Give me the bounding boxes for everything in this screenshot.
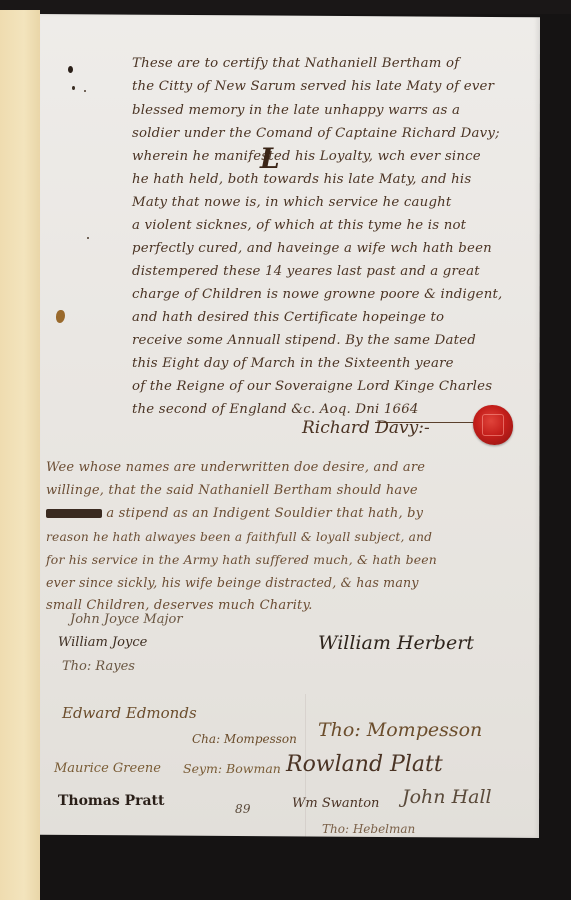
- signature-richard-davy: Richard Davy:-: [302, 418, 430, 438]
- wax-seal: [473, 405, 513, 445]
- signatory: William Herbert: [318, 632, 474, 654]
- stain: [56, 310, 65, 323]
- certificate-line: blessed memory in the late unhappy warrs…: [132, 101, 460, 121]
- signatory: Rowland Platt: [286, 752, 443, 777]
- ink-blot: [72, 86, 75, 90]
- certificate-line: These are to certify that Nathaniell Ber…: [132, 54, 459, 74]
- certificate-line: of the Reigne of our Soveraigne Lord Kin…: [132, 377, 492, 397]
- document-viewer: These are to certify that Nathaniell Ber…: [0, 0, 571, 900]
- certificate-line: wherein he manifested his Loyalty, wch e…: [132, 147, 481, 167]
- ink-blot: [87, 237, 89, 239]
- signatory: Tho: Hebelman: [322, 822, 415, 836]
- page-number: 89: [235, 802, 251, 816]
- signatory: John Joyce Major: [70, 612, 183, 627]
- signatory: Tho: Gardiner: [190, 856, 275, 870]
- paper-fold: [305, 694, 306, 864]
- signatory: John Hall: [402, 786, 492, 808]
- certificate-line: distempered these 14 yeares last past an…: [132, 262, 480, 282]
- petition-line: Wee whose names are underwritten doe des…: [46, 458, 425, 478]
- certificate-line: perfectly cured, and haveinge a wife wch…: [132, 239, 492, 259]
- certificate-line: and hath desired this Certificate hopein…: [132, 308, 444, 328]
- seal-crest-icon: [482, 414, 504, 436]
- petition-line-text: a stipend as an Indigent Souldier that h…: [106, 506, 423, 521]
- signatory: Maurice Greene: [54, 761, 161, 776]
- petition-line: for his service in the Army hath suffere…: [46, 550, 437, 570]
- certificate-line: a violent sicknes, of which at this tyme…: [132, 216, 466, 236]
- certificate-line: he hath held, both towards his late Maty…: [132, 170, 471, 190]
- signatory: Edward Edmonds: [62, 704, 197, 722]
- certificate-line: Maty that nowe is, in which service he c…: [132, 193, 451, 213]
- ink-blot: [84, 90, 86, 92]
- signatory: Tho: Rayes: [62, 659, 135, 674]
- large-initial: L: [260, 142, 280, 175]
- certificate-date-line: the second of England &c. Aoq. Dni 1664: [132, 400, 419, 420]
- background-top: [0, 0, 571, 14]
- signatory: William Joyce: [58, 635, 147, 650]
- signatory: Tho: Mompesson: [318, 719, 482, 741]
- petition-line: ever since sickly, his wife beinge distr…: [46, 573, 419, 593]
- certificate-line: receive some Annuall stipend. By the sam…: [132, 331, 476, 351]
- ink-blot: [68, 66, 73, 73]
- petition-line: reason he hath alwayes been a faithfull …: [46, 527, 432, 547]
- certificate-line: the Citty of New Sarum served his late M…: [132, 77, 494, 97]
- paper-mount: [0, 10, 40, 900]
- certificate-line: charge of Children is nowe growne poore …: [132, 285, 502, 305]
- petition-line: a stipend as an Indigent Souldier that h…: [46, 504, 423, 524]
- redacted-word: [46, 509, 102, 518]
- signatory: Seym: Bowman: [183, 761, 281, 776]
- signatory: Thomas Baker: [48, 852, 150, 868]
- manuscript-page: These are to certify that Nathaniell Ber…: [40, 14, 540, 838]
- petition-line: willinge, that the said Nathaniell Berth…: [46, 481, 418, 501]
- certificate-line: this Eight day of March in the Sixteenth…: [132, 354, 454, 374]
- signatory: Thomas Pratt: [58, 793, 164, 809]
- signatory: Cha: Mompesson: [192, 732, 297, 746]
- signatory: Wm Swanton: [292, 796, 379, 811]
- certificate-line: soldier under the Comand of Captaine Ric…: [132, 124, 500, 144]
